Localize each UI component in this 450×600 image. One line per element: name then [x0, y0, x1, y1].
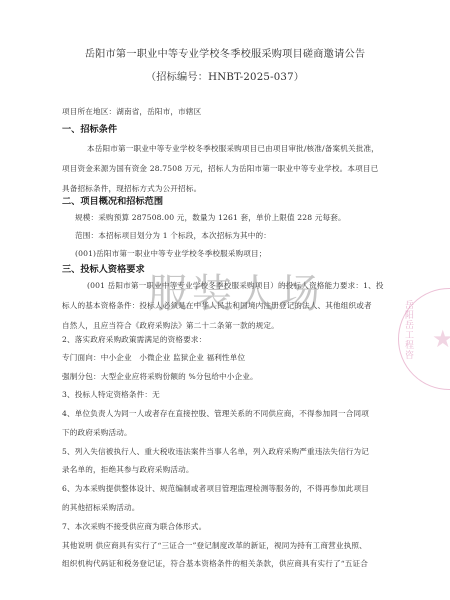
- tender-number: （招标编号：HNBT-2025-037）: [0, 68, 450, 83]
- project-region: 项目所在地区：湖南省，岳阳市，市辖区: [62, 106, 201, 117]
- section-3-line-12: 6、为本采购提供整体设计、规范编制或者项目管理监理检测等服务的，不得再参加此项目: [62, 483, 369, 494]
- section-3-line-13: 的其他招标采购活动。: [62, 502, 139, 513]
- section-3-line-14: 7、本次采购不接受供应商为联合体形式。: [62, 521, 206, 532]
- section-3-line-7: 3、投标人特定资格条件：无: [62, 389, 160, 400]
- section-3-line-15: 其他说明 供应商具有实行了“三证合一”登记制度改革的新证，视同为持有工商营业执照…: [62, 540, 367, 551]
- document-title: 岳阳市第一职业中等专业学校冬季校服采购项目磋商邀请公告: [0, 45, 450, 60]
- section-heading-bidder-qualifications: 三、投标人资格要求: [62, 261, 145, 275]
- section-3-line-1: (001 岳阳市第一职业中等专业学校冬季校服采购项目）的投标人资格能力要求：1、…: [87, 280, 384, 291]
- section-1-line-1: 本岳阳市第一职业中等专业学校冬季校服采购项目已由项目审批/核准/备案机关批准，: [87, 143, 379, 154]
- official-seal-text: 岳阳岳工程咨: [402, 300, 415, 360]
- section-2-scope: 范围：本招标项目划分为 1 个标段，本次招标为其中的：: [75, 230, 271, 241]
- section-1-line-2: 项目资金来源为国有资金 28.7508 万元，招标人为岳阳市第一职业中等专业学校…: [62, 163, 378, 174]
- seal-star-icon: ★: [432, 325, 450, 353]
- section-3-line-5: 专门面向：中小企业 小微企业 监狱企业 福利性单位: [62, 352, 245, 363]
- section-2-lot: (001)岳阳市第一职业中等专业学校冬季校服采购项目；: [75, 248, 267, 259]
- section-3-line-3: 自然人，且应当符合《政府采购法》第二十二条第一款的规定。: [62, 320, 279, 331]
- section-heading-tender-conditions: 一、招标条件: [62, 121, 117, 135]
- section-3-line-8: 4、单位负责人为同一人或者存在直接控股、管理关系的不同供应商，不得参加同一合同项: [62, 408, 369, 419]
- section-3-line-2: 标人的基本资格条件：投标人必须是在中华人民共和国境内注册登记的法人、其他组织或者: [62, 300, 372, 311]
- section-3-line-10: 5、列入失信被执行人、重大税收违法案件当事人名单，列入政府采购严重违法失信行为记: [62, 446, 369, 457]
- section-heading-project-overview: 二、项目概况和招标范围: [62, 193, 163, 207]
- section-2-scale: 规模：采购预算 287508.00 元，数量为 1261 套，单价上限值 228…: [75, 212, 346, 223]
- section-3-line-16: 组织机构代码证和税务登记证，符合基本资格条件的相关条款，供应商具有实行了“五证合: [62, 558, 368, 569]
- document-page: 岳阳市第一职业中等专业学校冬季校服采购项目磋商邀请公告 （招标编号：HNBT-2…: [0, 0, 450, 600]
- section-3-line-11: 录名单的，拒绝其参与政府采购活动。: [62, 464, 194, 475]
- section-3-line-4: 2、落实政府采购政策需满足的资格要求：: [62, 334, 206, 345]
- section-3-line-9: 下的政府采购活动。: [62, 427, 132, 438]
- section-3-line-6: 强制分包：大型企业应将采购份额的 %分包给中小企业。: [62, 371, 258, 382]
